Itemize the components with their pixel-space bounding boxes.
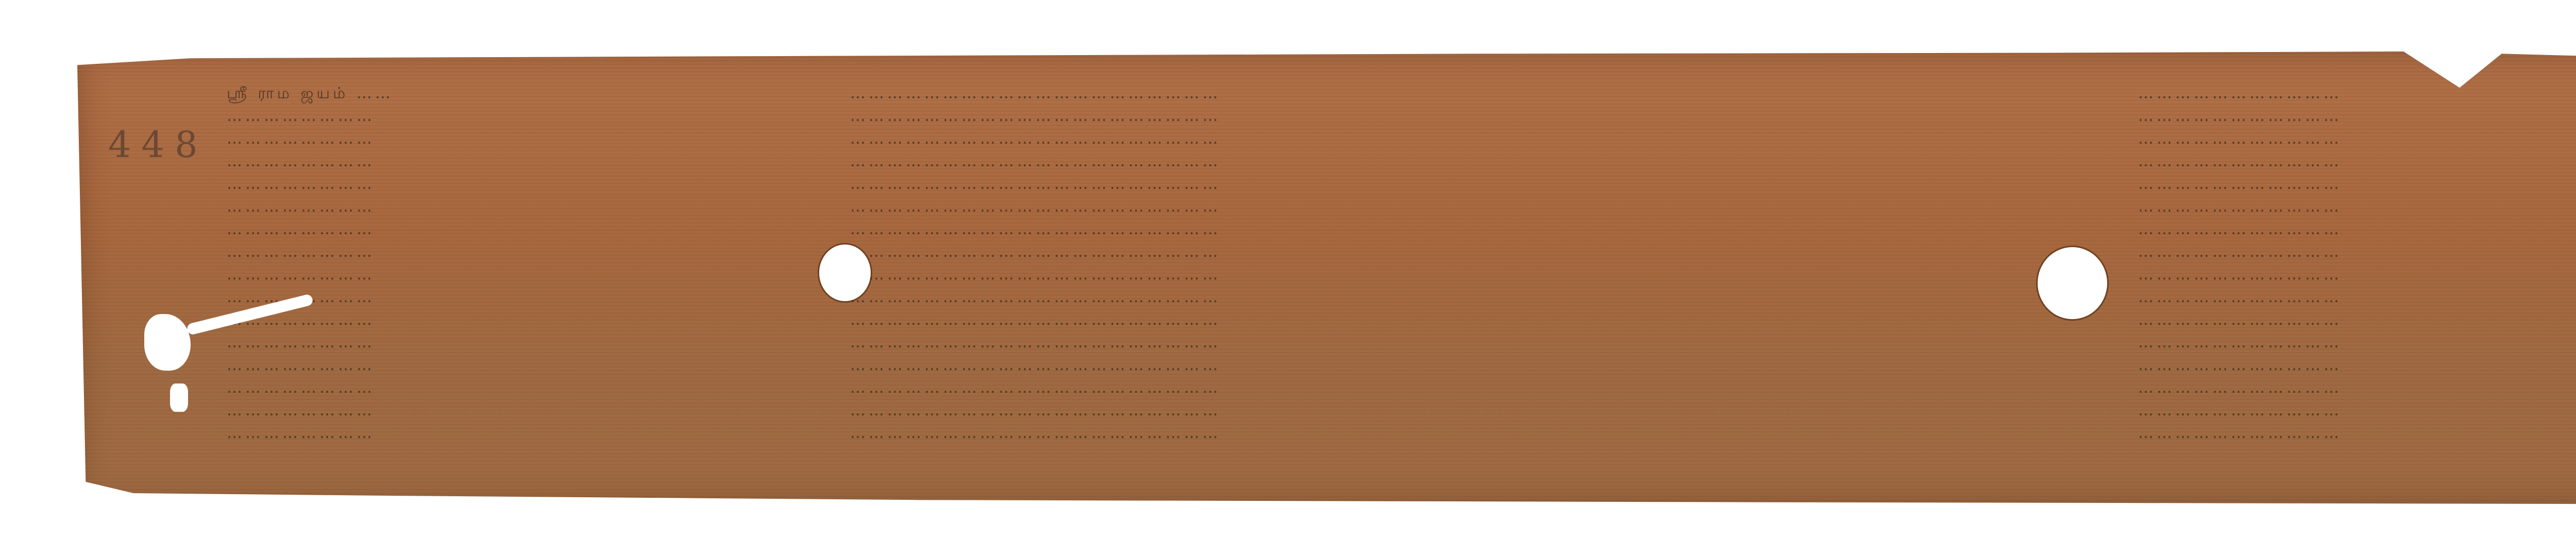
- text-line: ……………………………………………………: [850, 241, 2061, 264]
- text-line: ……………………: [227, 173, 768, 196]
- text-line: ……………………………………………………: [850, 173, 2061, 196]
- text-line: ……………………: [227, 241, 768, 264]
- leaf-number-left: 448: [108, 124, 208, 166]
- text-column-left: ஸ்ரீ ராம ஜயம் …… …………………… …………………… ………………: [227, 82, 768, 445]
- text-line: ……………………………: [2138, 399, 2576, 422]
- text-line: ……………………………: [2138, 218, 2576, 241]
- text-line: ……………………: [227, 264, 768, 286]
- text-line: ஸ்ரீ ராம ஜயம் ……: [227, 82, 768, 105]
- text-line: ……………………: [227, 309, 768, 332]
- string-hole-left: [819, 245, 871, 301]
- text-line: ……………………………: [2138, 105, 2576, 128]
- text-line: ……………………………: [2138, 241, 2576, 264]
- text-line: ……………………………: [2138, 173, 2576, 196]
- text-line: ……………………………: [2138, 150, 2576, 173]
- text-line: ……………………………: [2138, 332, 2576, 354]
- text-line: ……………………………………………………: [850, 264, 2061, 286]
- text-line: ……………………………………………………: [850, 128, 2061, 150]
- palm-leaf: ஸ்ரீ ராம ஜயம் …… …………………… …………………… ………………: [77, 51, 2576, 504]
- text-line: ……………………………………………………: [850, 332, 2061, 354]
- text-line: ……………………: [227, 150, 768, 173]
- text-line: ……………………………………………………: [850, 105, 2061, 128]
- text-line: ……………………………………………………: [850, 82, 2061, 105]
- text-line: ……………………………: [2138, 309, 2576, 332]
- text-line: ……………………: [227, 105, 768, 128]
- text-line: ……………………………: [2138, 286, 2576, 309]
- text-line: ……………………………: [2138, 196, 2576, 218]
- text-line: ……………………………: [2138, 422, 2576, 445]
- text-line: ……………………………: [2138, 82, 2576, 105]
- text-line: ……………………………: [2138, 128, 2576, 150]
- text-line: ……………………: [227, 128, 768, 150]
- text-line: ……………………………………………………: [850, 150, 2061, 173]
- text-line: ……………………: [227, 399, 768, 422]
- text-line: ……………………………: [2138, 354, 2576, 377]
- text-line: ……………………: [227, 354, 768, 377]
- text-line: ……………………: [227, 422, 768, 445]
- text-line: ……………………………………………………: [850, 286, 2061, 309]
- text-line: ……………………………………………………: [850, 309, 2061, 332]
- text-line: ……………………………………………………: [850, 422, 2061, 445]
- text-line: ……………………………………………………: [850, 196, 2061, 218]
- worm-damage-gap: [170, 384, 188, 412]
- text-line: ……………………………………………………: [850, 399, 2061, 422]
- text-line: ……………………………………………………: [850, 377, 2061, 399]
- text-line: ……………………: [227, 332, 768, 354]
- text-line: ……………………………………………………: [850, 218, 2061, 241]
- string-hole-right: [2038, 247, 2107, 319]
- text-line: ……………………: [227, 218, 768, 241]
- text-line: ……………………: [227, 377, 768, 399]
- text-line: ……………………………………………………: [850, 354, 2061, 377]
- text-column-middle: …………………………………………………… ……………………………………………………: [850, 82, 2061, 445]
- text-column-right: …………………………… …………………………… …………………………… ……………: [2138, 82, 2576, 445]
- text-line: ……………………: [227, 196, 768, 218]
- text-line: ……………………………: [2138, 264, 2576, 286]
- text-line: ……………………………: [2138, 377, 2576, 399]
